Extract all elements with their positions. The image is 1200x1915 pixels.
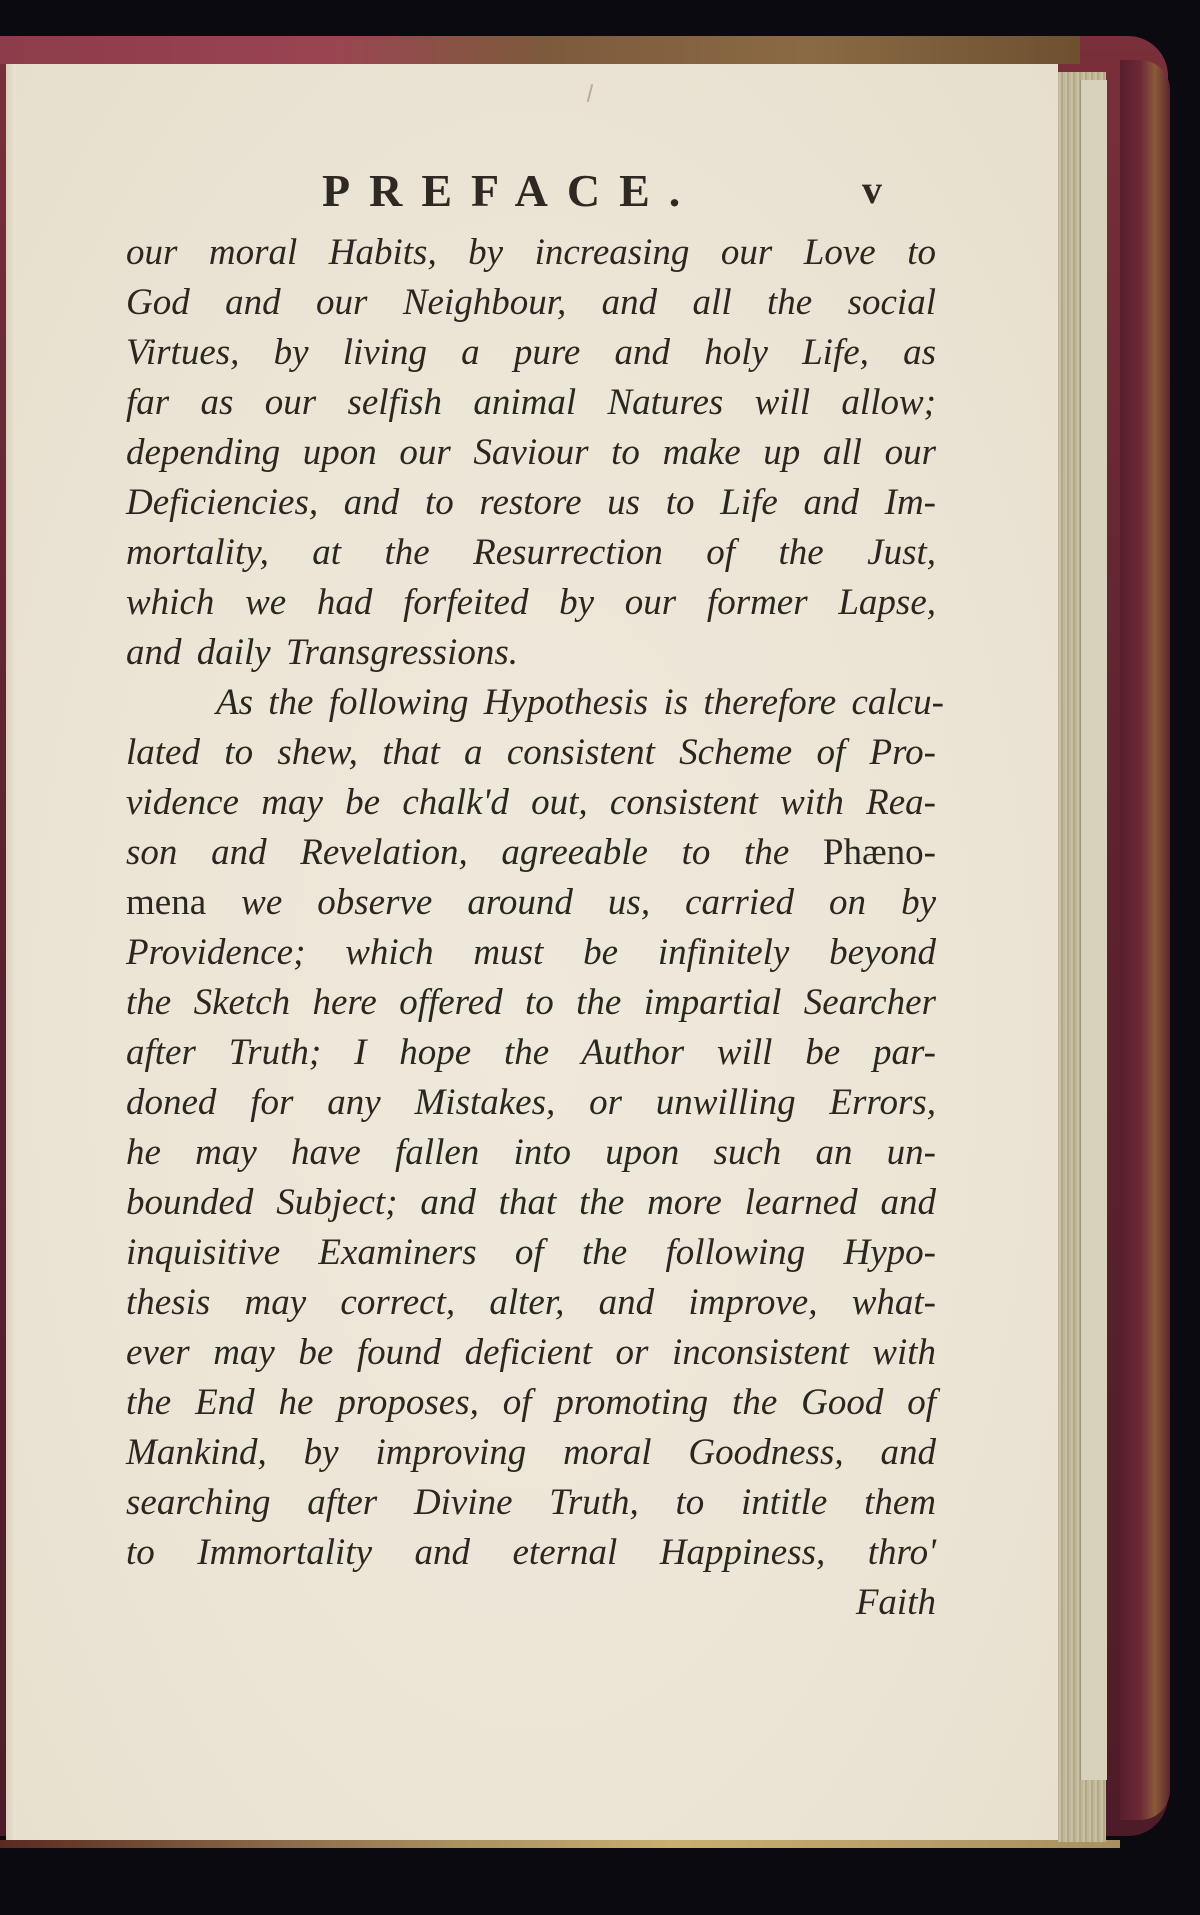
text-line: depending upon our Saviour to make up al… — [126, 428, 936, 478]
text-line: searching after Divine Truth, to intitle… — [126, 1478, 936, 1528]
catchword: Faith — [126, 1578, 936, 1628]
text-line: Virtues, by living a pure and holy Life,… — [126, 328, 936, 378]
paragraph-start-line: As the following Hypothesis is therefore… — [126, 678, 936, 728]
text-line: the End he proposes, of promoting the Go… — [126, 1378, 936, 1428]
body-text: our moral Habits, by increasing our Love… — [126, 228, 936, 1628]
cover-spine-edge — [1120, 60, 1170, 1820]
text-line: bounded Subject; and that the more learn… — [126, 1178, 936, 1228]
paragraph-end-line: and daily Transgressions. — [126, 628, 936, 678]
text-line: lated to shew, that a consistent Scheme … — [126, 728, 936, 778]
text-line: doned for any Mistakes, or unwilling Err… — [126, 1078, 936, 1128]
text-line: our moral Habits, by increasing our Love… — [126, 228, 936, 278]
page-gutter — [6, 64, 16, 1840]
book-page: PREFACE. v our moral Habits, by increasi… — [6, 64, 1058, 1840]
text-line: to Immortality and eternal Happiness, th… — [126, 1528, 936, 1578]
cover-top-edge — [0, 36, 1080, 64]
running-head: PREFACE. — [322, 164, 699, 217]
text-line: mortality, at the Resurrection of the Ju… — [126, 528, 936, 578]
text-line: the Sketch here offered to the impartial… — [126, 978, 936, 1028]
gilt-edge — [0, 1840, 1120, 1848]
roman-word: Phæno- — [823, 832, 936, 873]
text-segment: son and Revelation, agreeable to the — [126, 832, 789, 873]
text-line: he may have fallen into upon such an un- — [126, 1128, 936, 1178]
text-line: far as our selfish animal Natures will a… — [126, 378, 936, 428]
ink-mark — [587, 84, 593, 102]
page-header: PREFACE. v — [6, 164, 1058, 224]
text-line: mena we observe around us, carried on by — [126, 878, 936, 928]
text-segment: we observe around us, carried on by — [241, 882, 936, 923]
roman-word: mena — [126, 882, 206, 923]
text-line: son and Revelation, agreeable to the Phæ… — [126, 828, 936, 878]
page-fore-edge-inner — [1080, 80, 1107, 1780]
text-line: Mankind, by improving moral Goodness, an… — [126, 1428, 936, 1478]
text-line: thesis may correct, alter, and improve, … — [126, 1278, 936, 1328]
text-line: Providence; which must be infinitely bey… — [126, 928, 936, 978]
text-line: God and our Neighbour, and all the socia… — [126, 278, 936, 328]
text-line: ever may be found deficient or inconsist… — [126, 1328, 936, 1378]
text-line: after Truth; I hope the Author will be p… — [126, 1028, 936, 1078]
text-line: inquisitive Examiners of the following H… — [126, 1228, 936, 1278]
text-line: vidence may be chalk'd out, consistent w… — [126, 778, 936, 828]
page-number: v — [862, 166, 882, 213]
text-line: which we had forfeited by our former Lap… — [126, 578, 936, 628]
text-line: Deficiencies, and to restore us to Life … — [126, 478, 936, 528]
